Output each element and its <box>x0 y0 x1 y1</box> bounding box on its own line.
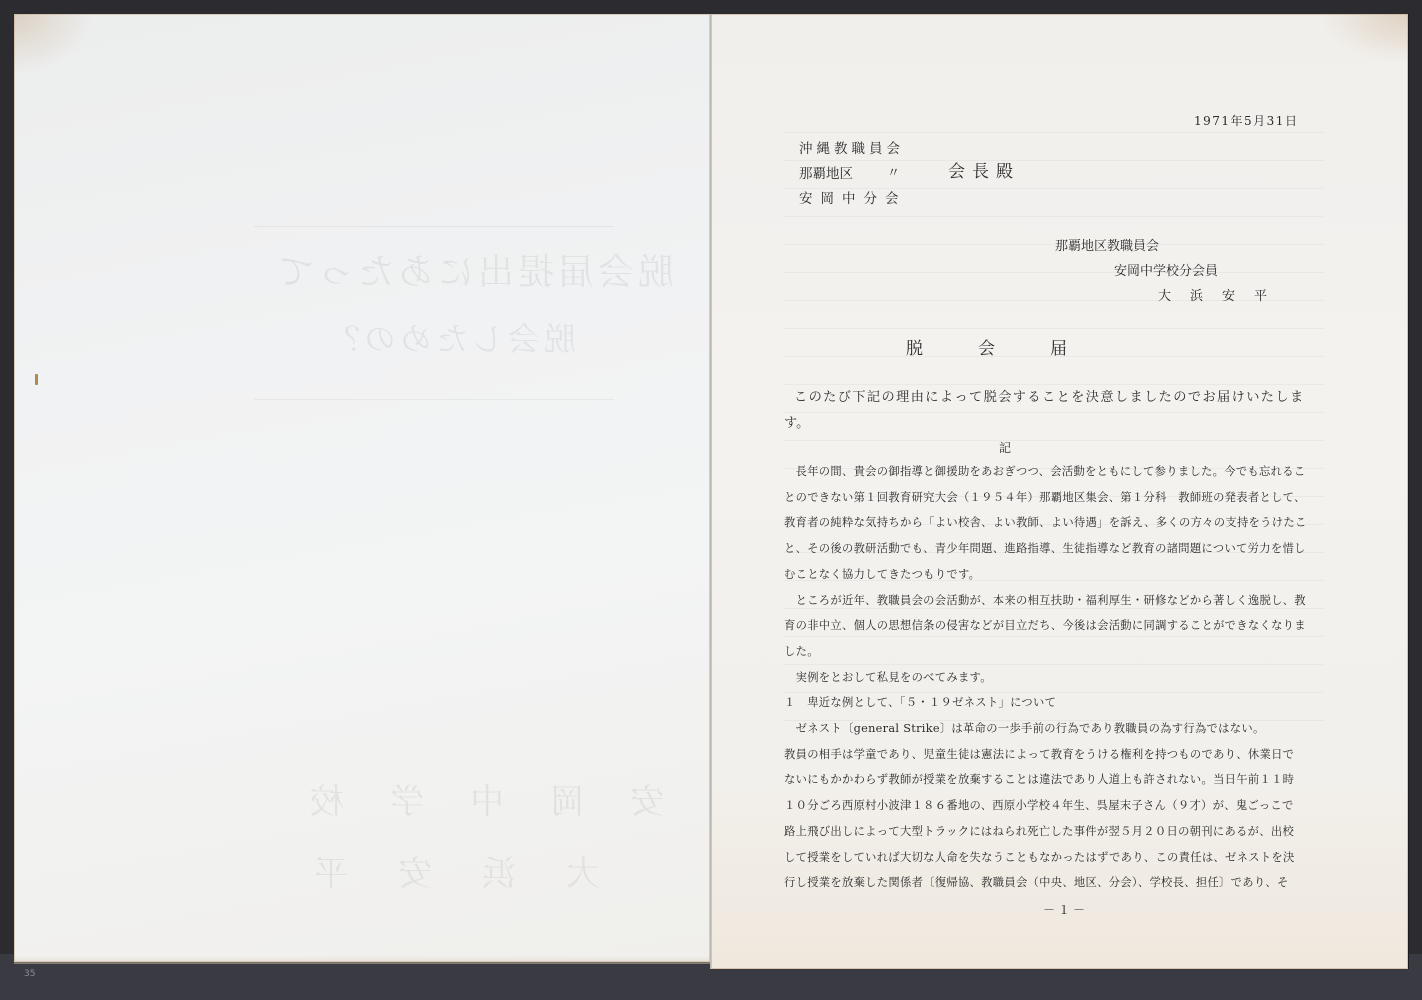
bleed-line <box>784 524 1324 525</box>
sender-line2: 安岡中学校分会員 <box>1114 260 1218 279</box>
bleed-line <box>784 412 1324 413</box>
torn-edge <box>14 956 710 964</box>
ki-heading: 記 <box>999 439 1011 456</box>
body-line: と、その後の教研活動でも、青少年問題、進路指導、生徒指導など教育の諸問題について… <box>784 540 1322 556</box>
bleed-line <box>784 188 1324 189</box>
bleed-through-title-line1: 脱会届提出にあたって <box>274 244 674 295</box>
bleed-line <box>784 132 1324 133</box>
bleed-line <box>784 664 1324 665</box>
bleed-line <box>784 720 1324 721</box>
bleed-line <box>784 608 1324 609</box>
page-number: －１－ <box>1043 901 1088 918</box>
addressee-line3: 安岡中分会 <box>799 187 907 207</box>
body-line: 行し授業を放棄した関係者〔復帰協、教職員会（中央、地区、分会）、学校長、担任〕で… <box>784 874 1322 890</box>
corner-stamp: 35 <box>24 969 35 979</box>
intro-line2: す。 <box>784 412 809 431</box>
bleed-through-name: 大浜安平 <box>264 846 600 895</box>
body-line: ゼネスト〔general Strike〕は革命の一歩手前の行為であり教職員の為す… <box>784 720 1322 736</box>
body-line: 教員の相手は学童であり、児童生徒は憲法によって教育をうける権利を持つものであり、… <box>784 746 1322 762</box>
bleed-line <box>784 440 1324 441</box>
body-line: 育の非中立、個人の思想信条の侵害などが目立だち、今後は会活動に同調することができ… <box>784 617 1322 633</box>
bleed-line <box>784 300 1324 301</box>
bleed-rule <box>254 399 614 400</box>
body-line: 教育者の純粋な気持ちから「よい校舎、よい教師、よい待遇」を訴え、多くの方々の支持… <box>784 514 1322 530</box>
bleed-line <box>784 636 1324 637</box>
body-line: して授業をしていれば大切な人命を失なうこともなかったはずであり、この責任は、ゼネ… <box>784 849 1322 865</box>
bleed-line <box>784 272 1324 273</box>
intro-line1: このたび下記の理由によって脱会することを決意しましたのでお届けいたしま <box>794 386 1305 405</box>
bleed-line <box>784 692 1324 693</box>
bleed-line <box>784 356 1324 357</box>
ditto-mark: 〃 <box>887 162 900 181</box>
bleed-line <box>784 580 1324 581</box>
sender-name: 大浜安平 <box>1158 285 1286 304</box>
bleed-through-school: 安岡中学校 <box>264 774 664 823</box>
body-line: 実例をとおして私見をのべてみます。 <box>784 669 1322 685</box>
body-line: １０分ごろ西原村小波津１８６番地の、西原小学校４年生、呉屋末子さん（９才）が、鬼… <box>784 797 1322 813</box>
document-date: 1971年5月31日 <box>1194 112 1298 129</box>
bleed-rule <box>254 226 614 227</box>
addressee-line1: 沖縄教職員会 <box>799 137 904 157</box>
body-line: ないにもかかわらず教師が授業を放棄することは違法であり人道上も許されない。当日午… <box>784 771 1322 787</box>
bleed-line <box>784 216 1324 217</box>
bleed-line <box>784 384 1324 385</box>
bleed-line <box>784 552 1324 553</box>
left-page: 脱会届提出にあたって 脱会しための？ 安岡中学校 大浜安平 35 <box>14 14 710 962</box>
addressee-line2: 那覇地区 <box>799 162 853 182</box>
body-line: した。 <box>784 643 1322 659</box>
bleed-through-title-line2: 脱会しための？ <box>324 314 576 360</box>
bleed-line <box>784 468 1324 469</box>
staple-mark <box>35 374 38 385</box>
right-page: 1971年5月31日 沖縄教職員会 那覇地区 〃 会長殿 安岡中分会 那覇地区教… <box>710 14 1408 969</box>
body-line: 長年の間、貴会の御指導と御援助をあおぎつつ、会活動をともにして参りました。今でも… <box>784 463 1322 479</box>
bleed-line <box>784 244 1324 245</box>
body-line: 路上飛び出しによって大型トラックにはねられ死亡した事件が翌５月２０日の朝刊にある… <box>784 823 1322 839</box>
bleed-line <box>784 160 1324 161</box>
bleed-line <box>784 496 1324 497</box>
bleed-line <box>784 328 1324 329</box>
body-line: ところが近年、教職員会の会活動が、本来の相互扶助・福利厚生・研修などから著しく逸… <box>784 592 1322 608</box>
body-line: １ 卑近な例として、「５・１９ゼネスト」について <box>784 694 1322 710</box>
